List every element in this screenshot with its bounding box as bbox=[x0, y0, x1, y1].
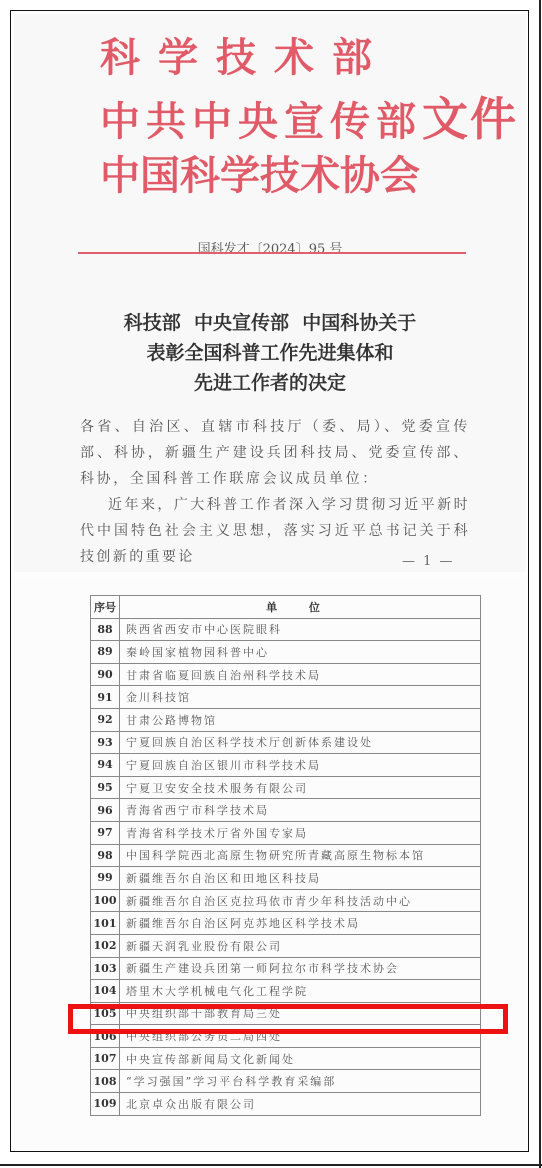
addressee: 各省、自治区、直辖市科技厅（委、局）、党委宣传部、科协，新疆生产建设兵团科技局、… bbox=[80, 414, 470, 492]
table-header-row: 序号 单 位 bbox=[91, 596, 481, 619]
row-number: 104 bbox=[91, 980, 120, 1003]
row-unit-name: 宁夏卫安安全技术服务有限公司 bbox=[120, 776, 481, 799]
table-row: 96青海省西宁市科学技术局 bbox=[91, 799, 481, 822]
table-row: 108“学习强国”学习平台科学教育采编部 bbox=[91, 1070, 481, 1093]
row-number: 102 bbox=[91, 934, 120, 957]
row-unit-name: 新疆维吾尔自治区克拉玛依市青少年科技活动中心 bbox=[120, 889, 481, 912]
row-unit-name: 新疆维吾尔自治区阿克苏地区科学技术局 bbox=[120, 912, 481, 935]
title-line-2: 表彰全国科普工作先进集体和 bbox=[14, 338, 526, 368]
row-number: 103 bbox=[91, 957, 120, 980]
frame-edge-right bbox=[539, 0, 541, 1168]
letterhead-file-label: 文件 bbox=[422, 92, 518, 146]
table-row: 88陕西省西安市中心医院眼科 bbox=[91, 618, 481, 641]
table-row-highlighted: 104塔里木大学机械电气化工程学院 bbox=[91, 980, 481, 1003]
table-row: 92甘肃公路博物馆 bbox=[91, 708, 481, 731]
table-row: 91金川科技馆 bbox=[91, 686, 481, 709]
row-unit-name: 新疆天润乳业股份有限公司 bbox=[120, 934, 481, 957]
row-unit-name: 新疆维吾尔自治区和田地区科技局 bbox=[120, 867, 481, 890]
row-number: 99 bbox=[91, 867, 120, 890]
row-number: 101 bbox=[91, 912, 120, 935]
row-unit-name: 金川科技馆 bbox=[120, 686, 481, 709]
table-row: 98中国科学院西北高原生物研究所青藏高原生物标本馆 bbox=[91, 844, 481, 867]
row-number: 92 bbox=[91, 708, 120, 731]
title-line-3: 先进工作者的决定 bbox=[14, 368, 526, 398]
table-row: 101新疆维吾尔自治区阿克苏地区科学技术局 bbox=[91, 912, 481, 935]
row-number: 91 bbox=[91, 686, 120, 709]
row-number: 108 bbox=[91, 1070, 120, 1093]
row-unit-name: 北京卓众出版有限公司 bbox=[120, 1093, 481, 1116]
row-number: 89 bbox=[91, 641, 120, 664]
table-row: 100新疆维吾尔自治区克拉玛依市青少年科技活动中心 bbox=[91, 889, 481, 912]
page-number: — 1 — bbox=[402, 554, 455, 569]
row-unit-name: 中央宣传部新闻局文化新闻处 bbox=[120, 1047, 481, 1070]
row-unit-name: 新疆生产建设兵团第一师阿拉尔市科学技术协会 bbox=[120, 957, 481, 980]
row-number: 93 bbox=[91, 731, 120, 754]
letterhead-line-3: 中国科学技术协会 bbox=[100, 156, 420, 196]
row-unit-name: 宁夏回族自治区银川市科学技术局 bbox=[120, 754, 481, 777]
column-header-unit: 单 位 bbox=[120, 596, 481, 619]
awardee-units-table: 序号 单 位 88陕西省西安市中心医院眼科89秦岭国家植物园科普中心90甘肃省临… bbox=[90, 595, 481, 1116]
letterhead-line-1: 科学技术部 bbox=[100, 38, 390, 78]
row-unit-name: “学习强国”学习平台科学教育采编部 bbox=[120, 1070, 481, 1093]
table-row: 107中央宣传部新闻局文化新闻处 bbox=[91, 1047, 481, 1070]
row-unit-name: 陕西省西安市中心医院眼科 bbox=[120, 618, 481, 641]
highlight-box-row-104 bbox=[68, 1004, 508, 1034]
document-title: 科技部 中央宣传部 中国科协关于 表彰全国科普工作先进集体和 先进工作者的决定 bbox=[14, 308, 526, 398]
frame-edge-bottom bbox=[0, 1164, 542, 1166]
letterhead-line-2: 中共中央宣传部文件 bbox=[100, 96, 518, 142]
row-unit-name: 青海省科学技术厅省外国专家局 bbox=[120, 821, 481, 844]
row-number: 107 bbox=[91, 1047, 120, 1070]
row-number: 109 bbox=[91, 1093, 120, 1116]
document-number: 国科发才〔2024〕95 号 bbox=[14, 238, 526, 257]
row-number: 97 bbox=[91, 821, 120, 844]
table-row: 94宁夏回族自治区银川市科学技术局 bbox=[91, 754, 481, 777]
column-header-no: 序号 bbox=[91, 596, 120, 619]
row-number: 100 bbox=[91, 889, 120, 912]
row-number: 95 bbox=[91, 776, 120, 799]
title-line-1: 科技部 中央宣传部 中国科协关于 bbox=[14, 308, 526, 338]
table-row: 90甘肃省临夏回族自治州科学技术局 bbox=[91, 663, 481, 686]
table-row: 109北京卓众出版有限公司 bbox=[91, 1093, 481, 1116]
row-unit-name: 青海省西宁市科学技术局 bbox=[120, 799, 481, 822]
letterhead-line-2-main: 中共中央宣传部 bbox=[100, 99, 422, 145]
table-row: 95宁夏卫安安全技术服务有限公司 bbox=[91, 776, 481, 799]
row-number: 94 bbox=[91, 754, 120, 777]
row-number: 90 bbox=[91, 663, 120, 686]
document-page-2: 序号 单 位 88陕西省西安市中心医院眼科89秦岭国家植物园科普中心90甘肃省临… bbox=[14, 578, 526, 1150]
row-unit-name: 秦岭国家植物园科普中心 bbox=[120, 641, 481, 664]
table-row: 99新疆维吾尔自治区和田地区科技局 bbox=[91, 867, 481, 890]
table-row: 89秦岭国家植物园科普中心 bbox=[91, 641, 481, 664]
row-number: 88 bbox=[91, 618, 120, 641]
table-row: 97青海省科学技术厅省外国专家局 bbox=[91, 821, 481, 844]
row-unit-name: 甘肃公路博物馆 bbox=[120, 708, 481, 731]
table-row: 93宁夏回族自治区科学技术厅创新体系建设处 bbox=[91, 731, 481, 754]
row-unit-name: 塔里木大学机械电气化工程学院 bbox=[120, 980, 481, 1003]
table-row: 102新疆天润乳业股份有限公司 bbox=[91, 934, 481, 957]
row-unit-name: 甘肃省临夏回族自治州科学技术局 bbox=[120, 663, 481, 686]
row-number: 96 bbox=[91, 799, 120, 822]
row-number: 98 bbox=[91, 844, 120, 867]
document-page-1: 科学技术部 中共中央宣传部文件 中国科学技术协会 国科发才〔2024〕95 号 … bbox=[14, 14, 526, 572]
row-unit-name: 宁夏回族自治区科学技术厅创新体系建设处 bbox=[120, 731, 481, 754]
table-row: 103新疆生产建设兵团第一师阿拉尔市科学技术协会 bbox=[91, 957, 481, 980]
red-divider bbox=[78, 252, 466, 254]
row-unit-name: 中国科学院西北高原生物研究所青藏高原生物标本馆 bbox=[120, 844, 481, 867]
